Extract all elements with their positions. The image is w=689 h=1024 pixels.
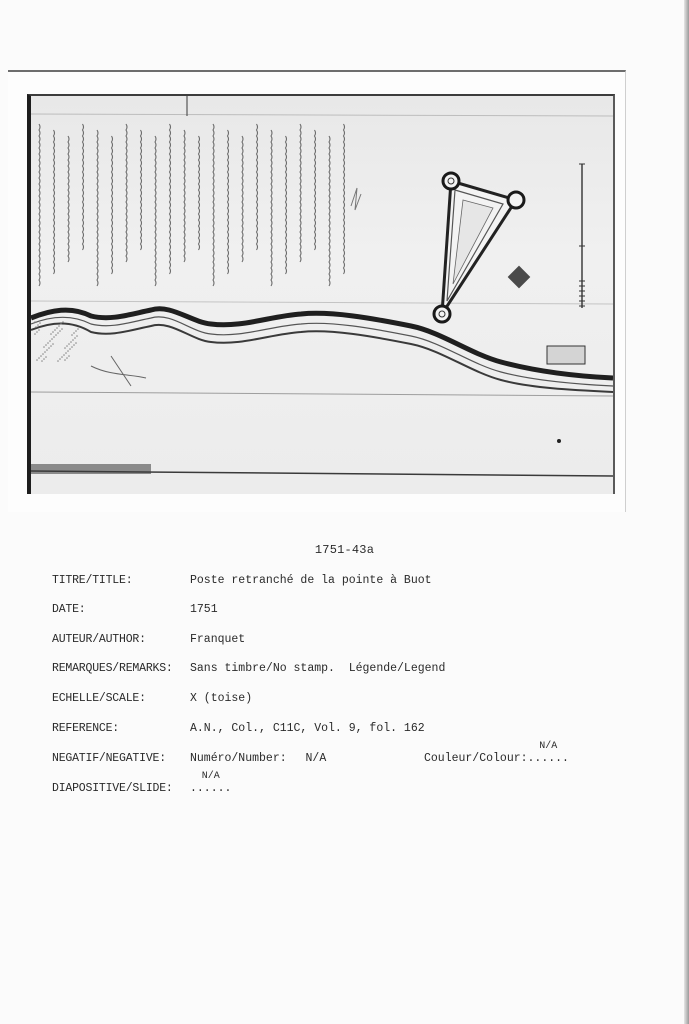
field-scale-label: ECHELLE/SCALE: [52, 692, 146, 705]
field-author-value: Franquet [190, 633, 245, 646]
manuscript-map [31, 96, 613, 494]
field-slide-label: DIAPOSITIVE/SLIDE: [52, 782, 173, 795]
colour-dots: ...... [528, 752, 569, 765]
page-edge [684, 0, 689, 1024]
field-title-label: TITRE/TITLE: [52, 574, 132, 587]
field-reference-value: A.N., Col., C11C, Vol. 9, fol. 162 [190, 722, 425, 735]
field-slide-value: N/A...... [190, 782, 231, 795]
field-negative-label: NEGATIF/NEGATIVE: [52, 752, 166, 765]
slide-na: N/A...... [190, 782, 231, 795]
field-author-label: AUTEUR/AUTHOR: [52, 633, 146, 646]
field-title-value: Poste retranché de la pointe à Buot [190, 574, 432, 587]
map-photograph [27, 94, 615, 494]
field-date-value: 1751 [190, 603, 218, 616]
colour-value: N/A [539, 741, 557, 752]
negative-number-value: N/A [306, 752, 327, 765]
field-negative-number: Numéro/Number: N/A [190, 752, 326, 765]
negative-number-label: Numéro/Number: [190, 752, 287, 765]
field-reference-label: REFERENCE: [52, 722, 119, 735]
field-remarks-value: Sans timbre/No stamp. Légende/Legend [190, 662, 445, 675]
field-scale-value: X (toise) [190, 692, 252, 705]
colour-label: Couleur/Colour: [424, 752, 528, 765]
field-colour: Couleur/Colour:N/A...... [424, 752, 569, 765]
slide-dots: ...... [190, 782, 231, 795]
document-id: 1751-43a [0, 543, 689, 557]
field-date-label: DATE: [52, 603, 86, 616]
colour-na: N/A...... [528, 752, 569, 765]
field-negative: NEGATIF/NEGATIVE: Numéro/Number: N/A Cou… [52, 752, 612, 770]
slide-value: N/A [202, 771, 220, 782]
field-remarks-label: REMARQUES/REMARKS: [52, 662, 173, 675]
